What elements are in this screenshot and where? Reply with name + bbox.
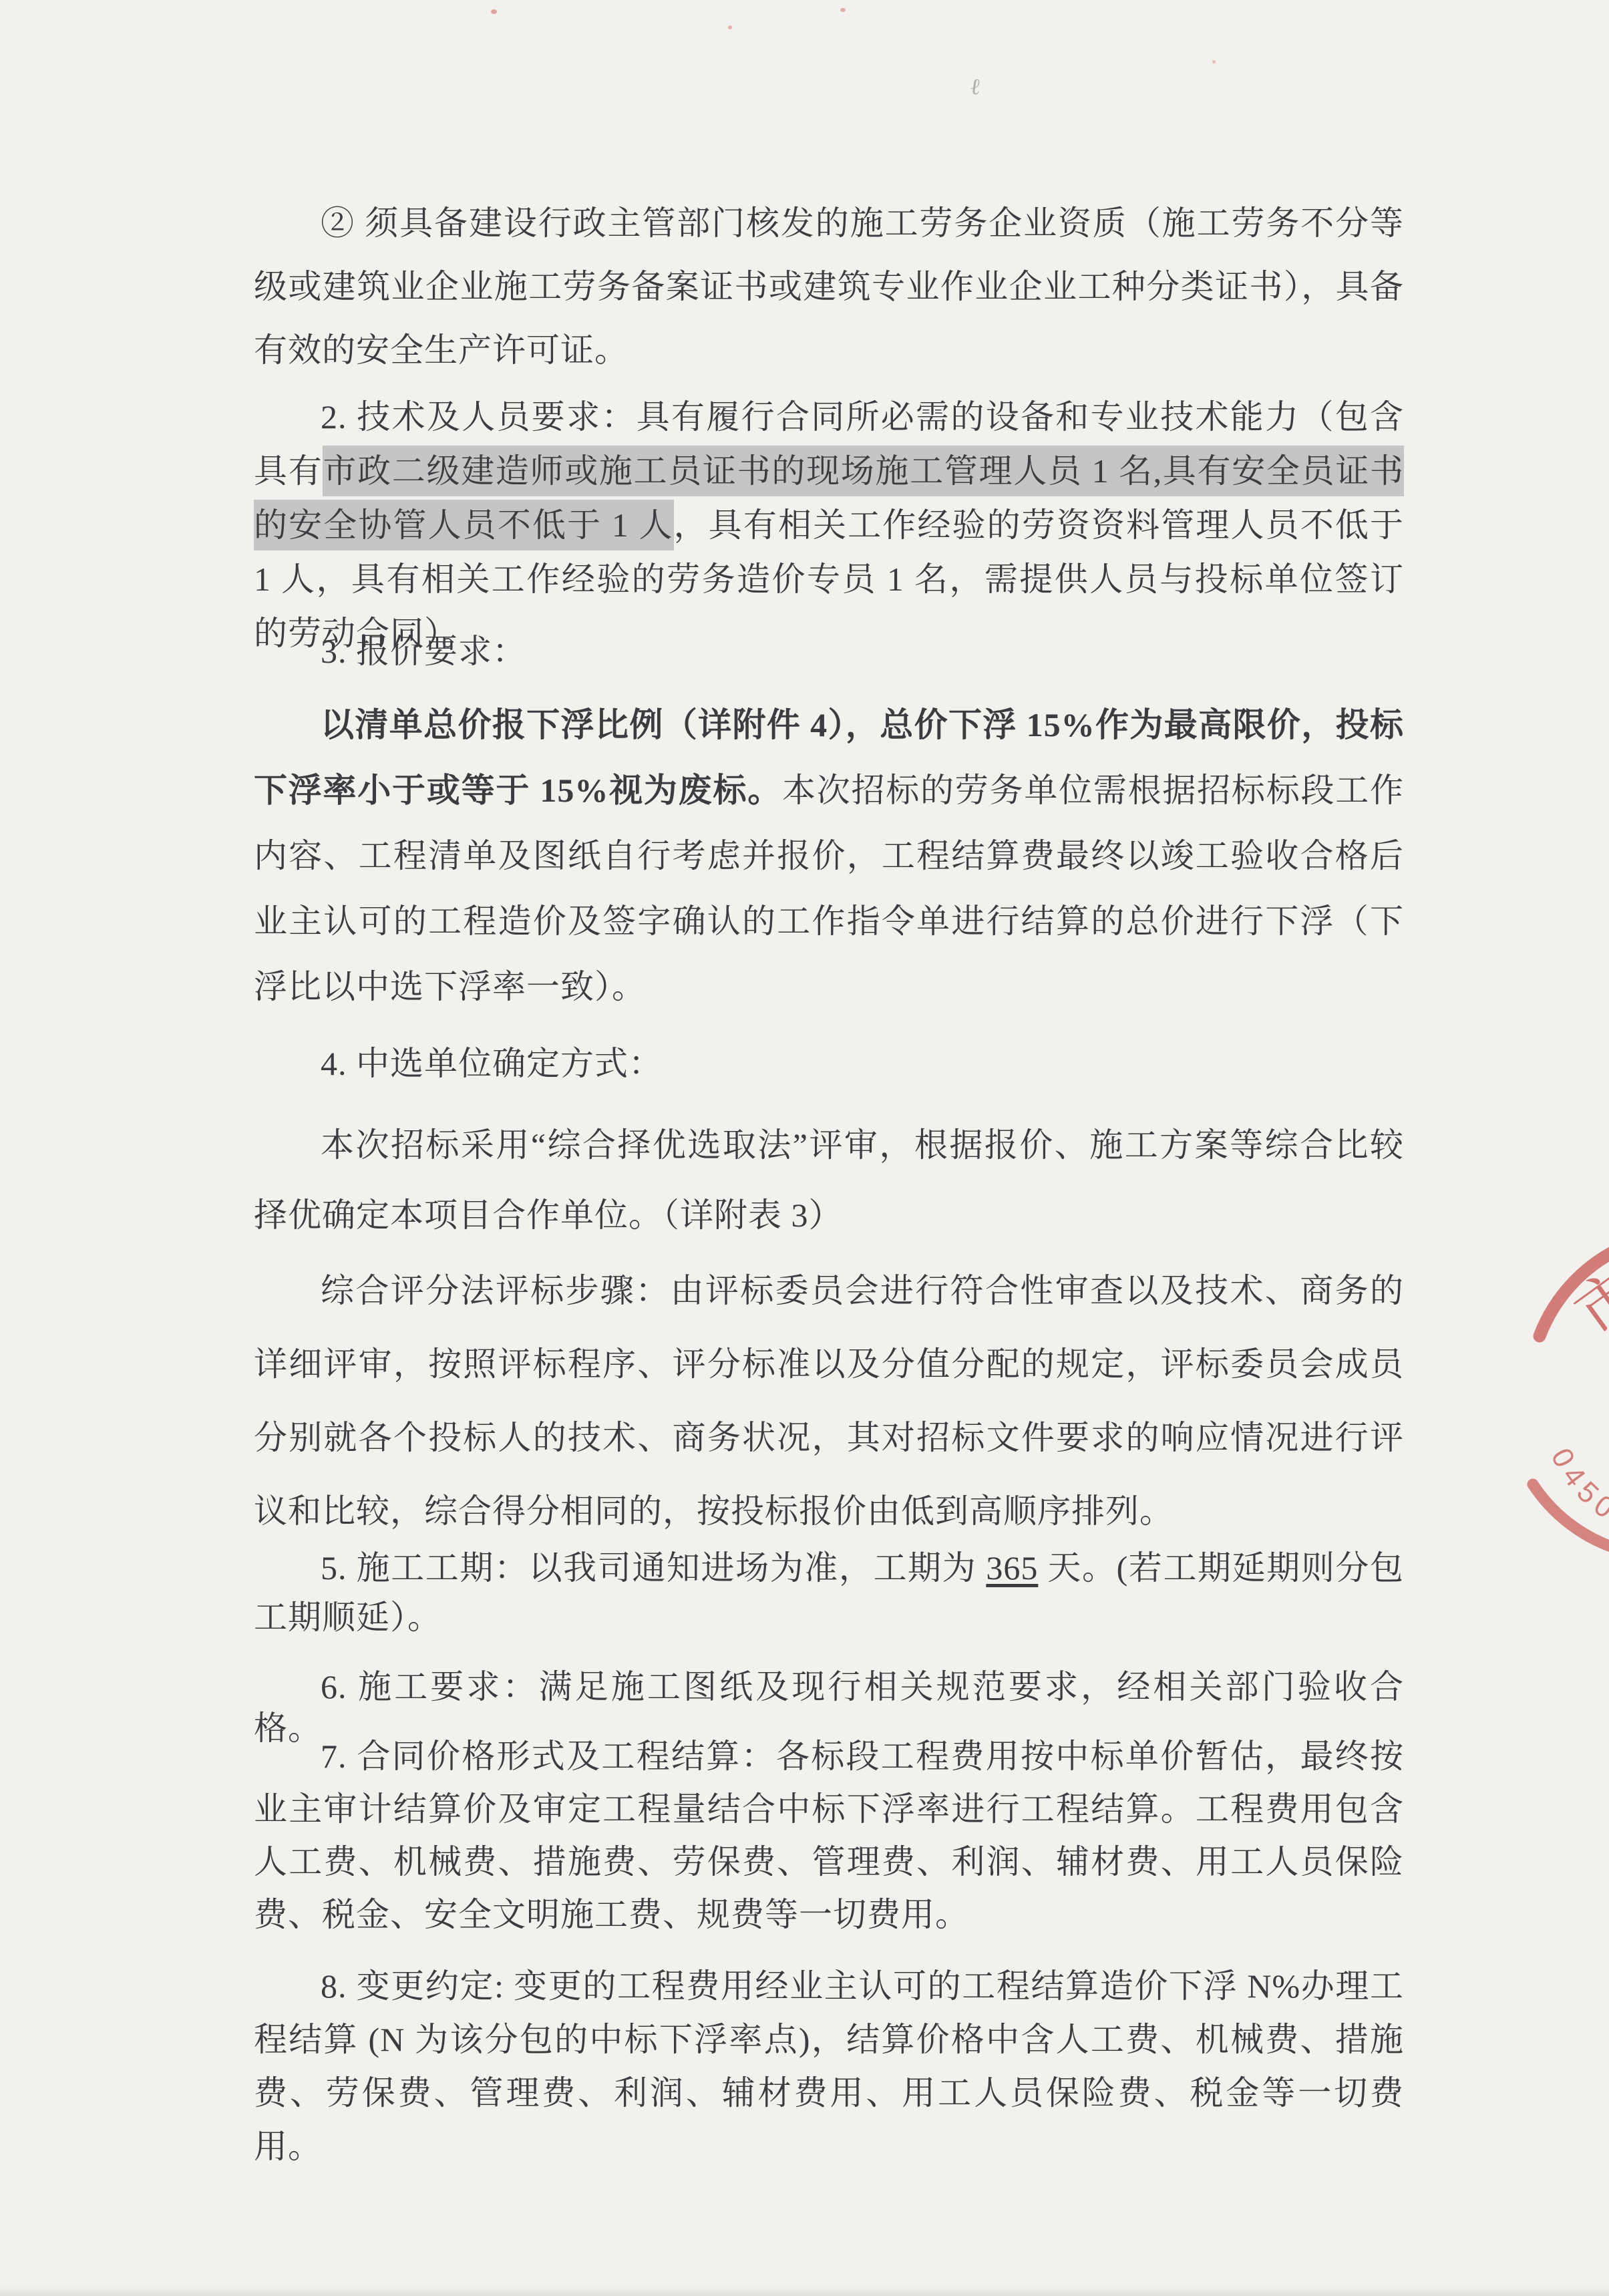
text-segment: 7. 合同价格形式及工程结算：各标段工程费用按中标单价暂估，最终按业主审计结算价… xyxy=(254,1738,1404,1933)
scan-speck xyxy=(840,8,846,12)
text-segment: 综合评分法评标步骤：由评标委员会进行符合性审查以及技术、商务的详细评审，按照评标… xyxy=(254,1272,1404,1530)
text-segment: 5. 施工工期：以我司通知进场为准，工期为 xyxy=(321,1549,986,1587)
paragraph-p8: 5. 施工工期：以我司通知进场为准，工期为 365 天。(若工期延期则分包工期顺… xyxy=(254,1543,1404,1642)
paragraph-p5: 4. 中选单位确定方式： xyxy=(254,1043,1404,1084)
text-segment: 4. 中选单位确定方式： xyxy=(321,1045,663,1082)
scan-edge-shade xyxy=(0,2285,1609,2296)
paragraph-p6: 本次招标采用“综合择优选取法”评审，根据报价、施工方案等综合比较择优确定本项目合… xyxy=(254,1110,1404,1251)
paragraph-p10: 7. 合同价格形式及工程结算：各标段工程费用按中标单价暂估，最终按业主审计结算价… xyxy=(254,1730,1404,1941)
text-segment: ② 须具备建设行政主管部门核发的施工劳务企业资质（施工劳务不分等级或建筑业企业施… xyxy=(254,204,1404,369)
text-segment: 8. 变更约定: 变更的工程费用经业主认可的工程结算造价下浮 N%办理工程结算 … xyxy=(254,1967,1404,2165)
scan-speck xyxy=(1212,60,1216,63)
text-segment: 本次招标采用“综合择优选取法”评审，根据报价、施工方案等综合比较择优确定本项目合… xyxy=(254,1126,1404,1234)
paragraph-p3: 3. 报价要求： xyxy=(254,631,1404,672)
scan-mark: ℓ xyxy=(968,74,982,101)
company-seal-stamp: 市 04503 xyxy=(1469,1196,1609,1623)
text-segment-underline: 365 xyxy=(986,1549,1038,1587)
scan-speck xyxy=(491,9,497,14)
scan-speck xyxy=(728,25,732,29)
paragraph-p11: 8. 变更约定: 变更的工程费用经业主认可的工程结算造价下浮 N%办理工程结算 … xyxy=(254,1959,1404,2173)
paragraph-p2: 2. 技术及人员要求：具有履行合同所必需的设备和专业技术能力（包含具有市政二级建… xyxy=(254,390,1404,661)
paragraph-p4: 以清单总价报下浮比例（详附件 4），总价下浮 15%作为最高限价，投标下浮率小于… xyxy=(254,692,1404,1019)
document-page: ② 须具备建设行政主管部门核发的施工劳务企业资质（施工劳务不分等级或建筑业企业施… xyxy=(0,0,1609,2296)
text-segment: 3. 报价要求： xyxy=(321,633,526,670)
paragraph-p1: ② 须具备建设行政主管部门核发的施工劳务企业资质（施工劳务不分等级或建筑业企业施… xyxy=(254,192,1404,382)
paragraph-p7: 综合评分法评标步骤：由评标委员会进行符合性审查以及技术、商务的详细评审，按照评标… xyxy=(254,1254,1404,1548)
